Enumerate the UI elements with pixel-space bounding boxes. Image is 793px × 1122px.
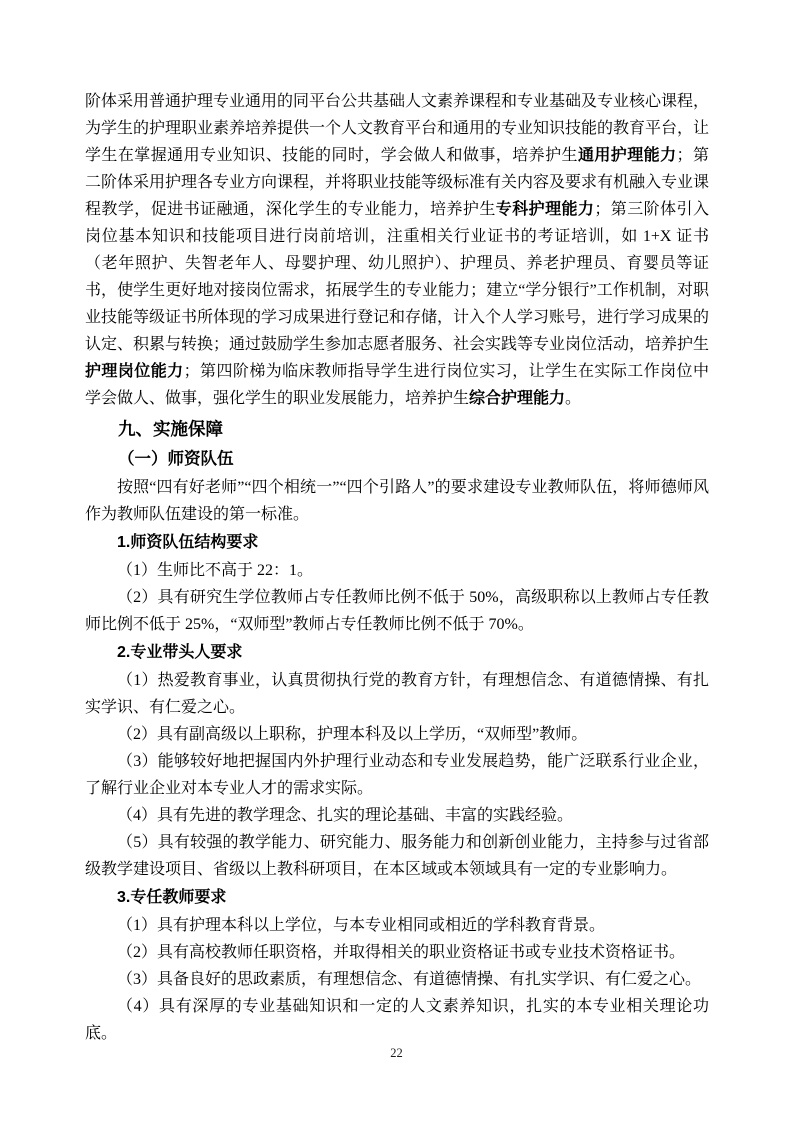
- paragraph: （1）热爱教育事业，认真贯彻执行党的教育方针，有理想信念、有道德情操、有扎实学识…: [85, 667, 709, 721]
- text-run: （1）生师比不高于 22：1。: [117, 562, 313, 579]
- paragraph: （3）能够较好地把握国内外护理行业动态和专业发展趋势，能广泛联系行业企业，了解行…: [85, 748, 709, 802]
- page-number: 22: [0, 1046, 793, 1061]
- paragraph: （4）具有先进的教学理念、扎实的理论基础、丰富的实践经验。: [85, 802, 709, 829]
- text-run: （1）热爱教育事业，认真贯彻执行党的教育方针，有理想信念、有道德情操、有扎实学识…: [85, 672, 709, 716]
- bold-text-run: 综合护理能力: [469, 390, 565, 407]
- numbered-heading: 1.师资队伍结构要求: [85, 528, 709, 557]
- bold-text-run: 护理岗位能力: [85, 363, 184, 380]
- text-run: （2）具有副高级以上职称，护理本科及以上学历，“双师型”教师。: [117, 726, 587, 743]
- paragraph: （4）具有深厚的专业基础知识和一定的人文素养知识，扎实的本专业相关理论功底。: [85, 993, 709, 1047]
- bold-text-run: 专科护理能力: [496, 201, 595, 218]
- subsection-heading: （一）师资队伍: [85, 444, 709, 474]
- text-run: （2）具有研究生学位教师占专任教师比例不低于 50%，高级职称以上教师占专任教师…: [85, 589, 709, 633]
- numbered-heading: 2.专业带头人要求: [85, 638, 709, 667]
- section-heading: 九、实施保障: [85, 412, 709, 444]
- text-run: （4）具有深厚的专业基础知识和一定的人文素养知识，扎实的本专业相关理论功底。: [85, 998, 709, 1042]
- paragraph: （1）具有护理本科以上学位，与本专业相同或相近的学科教育背景。: [85, 912, 709, 939]
- paragraph: （1）生师比不高于 22：1。: [85, 557, 709, 584]
- paragraph: （2）具有研究生学位教师占专任教师比例不低于 50%，高级职称以上教师占专任教师…: [85, 584, 709, 638]
- paragraph: 按照“四有好老师”“四个相统一”“四个引路人”的要求建设专业教师队伍，将师德师风…: [85, 474, 709, 528]
- text-run: （1）具有护理本科以上学位，与本专业相同或相近的学科教育背景。: [117, 917, 605, 934]
- paragraph: （5）具有较强的教学能力、研究能力、服务能力和创新创业能力，主持参与过省部级教学…: [85, 829, 709, 883]
- paragraph: （2）具有副高级以上职称，护理本科及以上学历，“双师型”教师。: [85, 721, 709, 748]
- text-run: （2）具有高校教师任职资格，并取得相关的职业资格证书或专业技术资格证书。: [117, 944, 685, 961]
- text-run: ；第三阶体引入岗位基本知识和技能项目进行岗前培训，注重相关行业证书的考证培训，如…: [85, 201, 709, 353]
- text-run: （3）具备良好的思政素质，有理想信念、有道德情操、有扎实学识、有仁爱之心。: [117, 971, 701, 988]
- document-page: 阶体采用普通护理专业通用的同平台公共基础人文素养课程和专业基础及专业核心课程，为…: [0, 0, 793, 1122]
- paragraph: （3）具备良好的思政素质，有理想信念、有道德情操、有扎实学识、有仁爱之心。: [85, 966, 709, 993]
- text-run: 按照“四有好老师”“四个相统一”“四个引路人”的要求建设专业教师队伍，将师德师风…: [85, 479, 709, 523]
- text-run: 。: [565, 390, 581, 407]
- text-run: （3）能够较好地把握国内外护理行业动态和专业发展趋势，能广泛联系行业企业，了解行…: [85, 753, 709, 797]
- paragraph: （2）具有高校教师任职资格，并取得相关的职业资格证书或专业技术资格证书。: [85, 939, 709, 966]
- numbered-heading: 3.专任教师要求: [85, 883, 709, 912]
- text-run: （4）具有先进的教学理念、扎实的理论基础、丰富的实践经验。: [117, 807, 573, 824]
- bold-text-run: 通用护理能力: [578, 147, 677, 164]
- paragraph: 阶体采用普通护理专业通用的同平台公共基础人文素养课程和专业基础及专业核心课程，为…: [85, 88, 709, 412]
- document-content: 阶体采用普通护理专业通用的同平台公共基础人文素养课程和专业基础及专业核心课程，为…: [85, 88, 709, 1047]
- text-run: （5）具有较强的教学能力、研究能力、服务能力和创新创业能力，主持参与过省部级教学…: [85, 834, 709, 878]
